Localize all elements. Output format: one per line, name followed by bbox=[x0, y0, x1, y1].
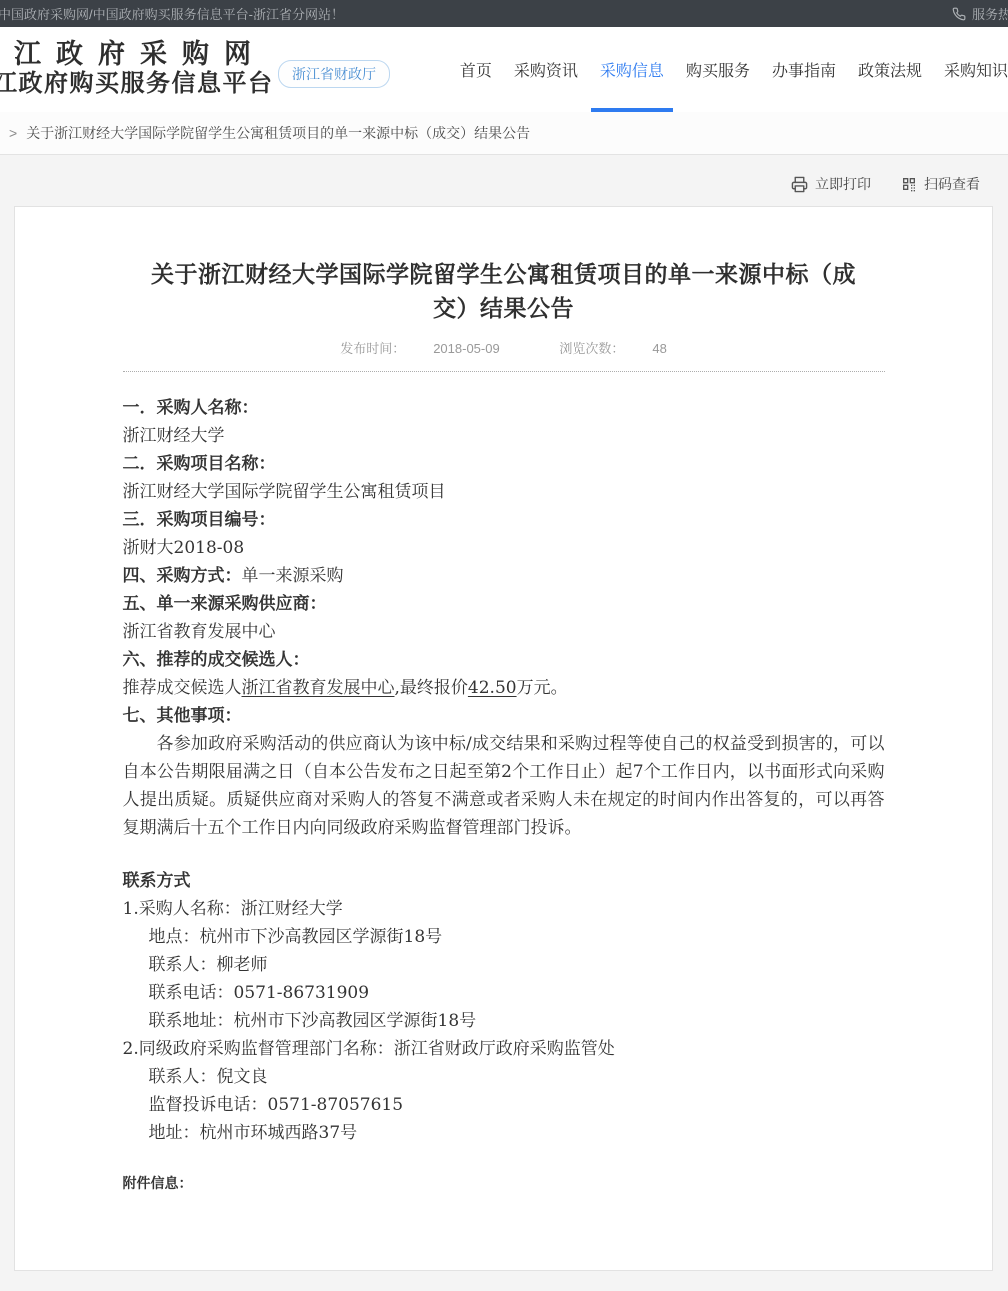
nav-item-home[interactable]: 首页 bbox=[460, 27, 492, 112]
printer-icon bbox=[791, 176, 808, 193]
dotted-divider bbox=[123, 371, 885, 372]
section-value-supplier: 浙江省教育发展中心 bbox=[123, 618, 885, 646]
qr-view-button-label: 扫码查看 bbox=[924, 174, 980, 194]
contact-line: 联系地址：杭州市下沙高教园区学源街18号 bbox=[123, 1007, 885, 1035]
nav-item-service-guide[interactable]: 办事指南 bbox=[772, 27, 836, 112]
section-heading-other: 七、其他事项： bbox=[123, 702, 885, 730]
hotline-label: 服务热线 bbox=[972, 4, 1008, 23]
article-body: 一．采购人名称： 浙江财经大学 二．采购项目名称： 浙江财经大学国际学院留学生公… bbox=[123, 394, 885, 1197]
section-procurement-method: 四、采购方式：单一来源采购 bbox=[123, 562, 885, 590]
breadcrumb-arrow: > bbox=[9, 125, 17, 141]
section-heading-candidate: 六、推荐的成交候选人： bbox=[123, 646, 885, 674]
section-heading-method: 四、采购方式： bbox=[123, 566, 242, 586]
print-button[interactable]: 立即打印 bbox=[791, 174, 871, 194]
hotline-link[interactable]: 服务热线 bbox=[952, 4, 1008, 23]
section-value-project-name: 浙江财经大学国际学院留学生公寓租赁项目 bbox=[123, 478, 885, 506]
breadcrumb: > 关于浙江财经大学国际学院留学生公寓租赁项目的单一来源中标（成交）结果公告 bbox=[0, 112, 1008, 155]
nav-item-procurement-news[interactable]: 采购资讯 bbox=[514, 27, 578, 112]
section-value-project-number: 浙财大2018-08 bbox=[123, 534, 885, 562]
section-heading-project-number: 三．采购项目编号： bbox=[123, 506, 885, 534]
qr-view-button[interactable]: 扫码查看 bbox=[901, 174, 980, 194]
section-value-method: 单一来源采购 bbox=[242, 566, 344, 586]
section-value-purchaser: 浙江财经大学 bbox=[123, 422, 885, 450]
attachments-label: 附件信息： bbox=[123, 1169, 885, 1197]
site-note: 中国政府采购网/中国政府购买服务信息平台-浙江省分网站！ bbox=[0, 4, 344, 23]
contact-line: 地址：杭州市环城西路37号 bbox=[123, 1119, 885, 1147]
nav-item-policies[interactable]: 政策法规 bbox=[858, 27, 922, 112]
section-paragraph-other: 各参加政府采购活动的供应商认为该中标/成交结果和采购过程等使自己的权益受到损害的… bbox=[123, 730, 885, 842]
nav-item-purchase-services[interactable]: 购买服务 bbox=[686, 27, 750, 112]
section-heading-supplier: 五、单一来源采购供应商： bbox=[123, 590, 885, 618]
contact-heading: 联系方式 bbox=[123, 867, 885, 895]
contact-line: 联系人：柳老师 bbox=[123, 951, 885, 979]
article-toolbar: 立即打印 扫码查看 bbox=[0, 155, 1008, 206]
phone-icon bbox=[952, 7, 966, 21]
nav-item-procurement-knowledge[interactable]: 采购知识 bbox=[944, 27, 1008, 112]
logo-line2: 江政府购买服务信息平台 bbox=[0, 70, 274, 98]
final-price-underlined: 42.50 bbox=[468, 678, 517, 698]
section-heading-project-name: 二．采购项目名称： bbox=[123, 450, 885, 478]
contact-line: 联系人：倪文良 bbox=[123, 1063, 885, 1091]
qr-code-icon bbox=[901, 176, 917, 192]
candidate-supplier-underlined: 浙江省教育发展中心 bbox=[242, 678, 395, 698]
contact-line: 地点：杭州市下沙高教园区学源街18号 bbox=[123, 923, 885, 951]
contact-line: 联系电话：0571-86731909 bbox=[123, 979, 885, 1007]
publish-time: 发布时间：2018-05-09 bbox=[326, 341, 514, 356]
site-header: 江政府采购网 江政府购买服务信息平台 浙江省财政厅 首页 采购资讯 采购信息 购… bbox=[0, 27, 1008, 112]
view-count: 浏览次数：48 bbox=[545, 341, 680, 356]
breadcrumb-current: 关于浙江财经大学国际学院留学生公寓租赁项目的单一来源中标（成交）结果公告 bbox=[26, 123, 530, 143]
contact-line: 2.同级政府采购监督管理部门名称：浙江省财政厅政府采购监管处 bbox=[123, 1035, 885, 1063]
authority-badge: 浙江省财政厅 bbox=[278, 60, 390, 88]
logo-line1: 江政府采购网 bbox=[0, 38, 274, 70]
section-value-candidate: 推荐成交候选人浙江省教育发展中心,最终报价42.50万元。 bbox=[123, 674, 885, 702]
article-meta: 发布时间：2018-05-09 浏览次数：48 bbox=[15, 338, 992, 357]
contact-line: 监督投诉电话：0571-87057615 bbox=[123, 1091, 885, 1119]
section-heading-purchaser: 一．采购人名称： bbox=[123, 394, 885, 422]
top-utility-bar: 中国政府采购网/中国政府购买服务信息平台-浙江省分网站！ 服务热线 bbox=[0, 0, 1008, 27]
site-logo[interactable]: 江政府采购网 江政府购买服务信息平台 bbox=[0, 38, 274, 98]
page-title: 关于浙江财经大学国际学院留学生公寓租赁项目的单一来源中标（成交）结果公告 bbox=[136, 257, 872, 325]
announcement-card: 关于浙江财经大学国际学院留学生公寓租赁项目的单一来源中标（成交）结果公告 发布时… bbox=[14, 206, 993, 1271]
nav-item-procurement-info[interactable]: 采购信息 bbox=[600, 27, 664, 112]
main-nav: 首页 采购资讯 采购信息 购买服务 办事指南 政策法规 采购知识 bbox=[460, 27, 1008, 112]
contact-line: 1.采购人名称：浙江财经大学 bbox=[123, 895, 885, 923]
print-button-label: 立即打印 bbox=[815, 174, 871, 194]
